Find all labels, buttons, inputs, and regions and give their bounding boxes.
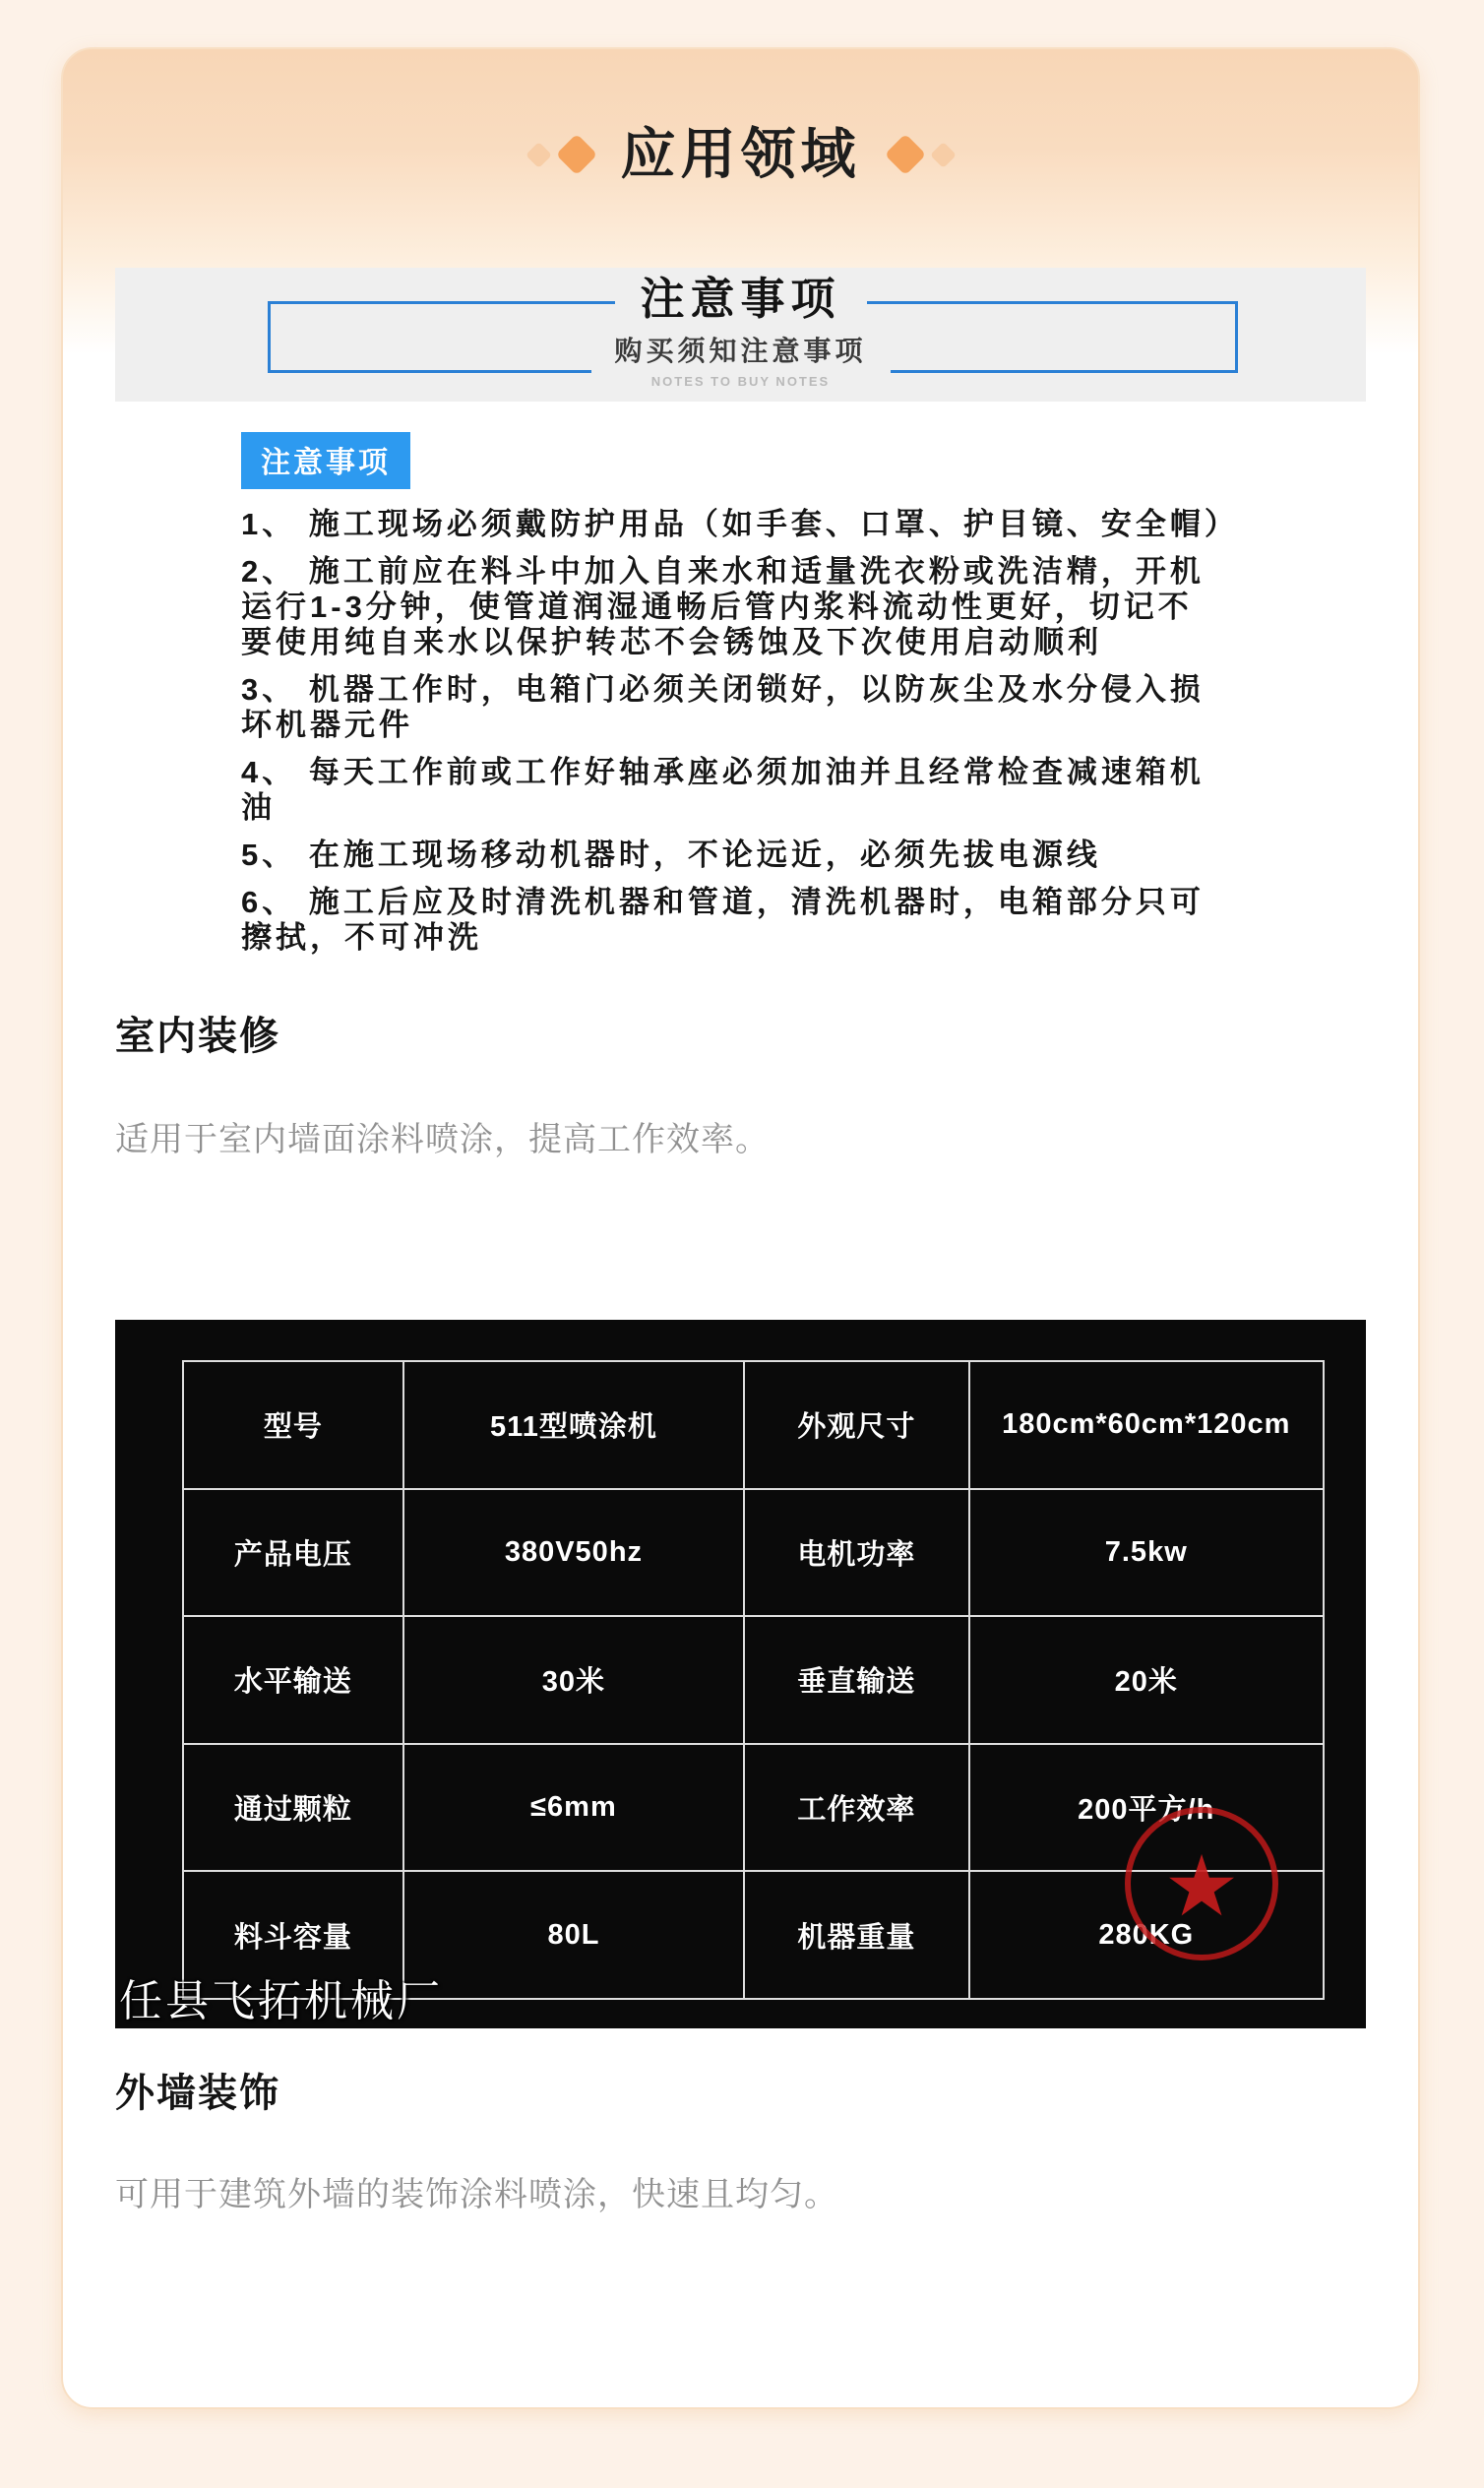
diamond-icon <box>526 142 552 168</box>
diamond-icon <box>930 142 957 168</box>
section-text-interior: 适用于室内墙面涂料喷涂，提高工作效率。 <box>115 1117 1366 1162</box>
spec-row: 型号511型喷涂机外观尺寸180cm*60cm*120cm <box>183 1361 1324 1489</box>
spec-value-cell: 20米 <box>969 1616 1324 1744</box>
star-icon: ★ <box>1163 1844 1239 1929</box>
page-background: { "header": { "title": "应用领域" }, "notice… <box>0 0 1484 2488</box>
company-seal: ★ <box>1125 1807 1278 1960</box>
notice-item: 1、 施工现场必须戴防护用品（如手套、口罩、护目镜、安全帽） <box>241 507 1225 542</box>
notice-body: 注意事项 1、 施工现场必须戴防护用品（如手套、口罩、护目镜、安全帽）2、 施工… <box>115 402 1366 969</box>
notice-banner-title: 注意事项 <box>614 274 866 325</box>
section-heading-interior: 室内装修 <box>115 1013 1366 1060</box>
notice-banner-subtitle: 购买须知注意事项 <box>590 335 890 374</box>
page-title-row: 应用领域 <box>115 120 1366 189</box>
spec-label-cell: 垂直输送 <box>744 1616 968 1744</box>
spec-label-cell: 水平输送 <box>183 1616 403 1744</box>
spec-label-cell: 电机功率 <box>744 1489 968 1617</box>
page-title: 应用领域 <box>621 120 861 189</box>
notice-image: 注意事项 购买须知注意事项 NOTES TO BUY NOTES 注意事项 1、… <box>115 268 1366 969</box>
diamond-icon <box>884 134 925 175</box>
product-detail-card: 应用领域 注意事项 购买须知注意事项 NOTES TO BUY NOTES 注意… <box>61 47 1420 2409</box>
spec-value-cell: 511型喷涂机 <box>403 1361 745 1489</box>
title-decoration-right <box>891 140 953 169</box>
notice-badge: 注意事项 <box>241 432 410 489</box>
notice-item: 3、 机器工作时，电箱门必须关闭锁好，以防灰尘及水分侵入损坏机器元件 <box>241 672 1225 743</box>
spec-label-cell: 通过颗粒 <box>183 1744 403 1872</box>
notice-item: 5、 在施工现场移动机器时，不论远近，必须先拔电源线 <box>241 838 1225 873</box>
spec-value-cell: 380V50hz <box>403 1489 745 1617</box>
section-text-exterior: 可用于建筑外墙的装饰涂料喷涂，快速且均匀。 <box>115 2172 1366 2217</box>
spec-label-cell: 型号 <box>183 1361 403 1489</box>
notice-banner-caption: NOTES TO BUY NOTES <box>115 374 1366 389</box>
title-decoration-left <box>529 140 591 169</box>
spec-value-cell: 7.5kw <box>969 1489 1324 1617</box>
spec-label-cell: 机器重量 <box>744 1871 968 1999</box>
spec-value-cell: 80L <box>403 1871 745 1999</box>
notice-list: 1、 施工现场必须戴防护用品（如手套、口罩、护目镜、安全帽）2、 施工前应在料斗… <box>241 507 1248 956</box>
spec-label-cell: 外观尺寸 <box>744 1361 968 1489</box>
spec-row: 产品电压380V50hz电机功率7.5kw <box>183 1489 1324 1617</box>
notice-item: 6、 施工后应及时清洗机器和管道，清洗机器时，电箱部分只可擦拭，不可冲洗 <box>241 885 1225 956</box>
diamond-icon <box>555 134 596 175</box>
notice-item: 2、 施工前应在料斗中加入自来水和适量洗衣粉或洗洁精，开机运行1-3分钟，使管道… <box>241 554 1225 660</box>
notice-item: 4、 每天工作前或工作好轴承座必须加油并且经常检查减速箱机油 <box>241 755 1225 826</box>
notice-banner: 注意事项 购买须知注意事项 NOTES TO BUY NOTES <box>115 268 1366 402</box>
spec-row: 水平输送30米垂直输送20米 <box>183 1616 1324 1744</box>
spec-value-cell: ≤6mm <box>403 1744 745 1872</box>
spec-value-cell: 180cm*60cm*120cm <box>969 1361 1324 1489</box>
spec-table-image: 型号511型喷涂机外观尺寸180cm*60cm*120cm产品电压380V50h… <box>115 1320 1366 2028</box>
spec-value-cell: 30米 <box>403 1616 745 1744</box>
spec-label-cell: 产品电压 <box>183 1489 403 1617</box>
watermark-text: 任县飞拓机械厂 <box>119 1965 443 2028</box>
spec-label-cell: 工作效率 <box>744 1744 968 1872</box>
section-heading-exterior: 外墙装饰 <box>115 2070 1366 2117</box>
